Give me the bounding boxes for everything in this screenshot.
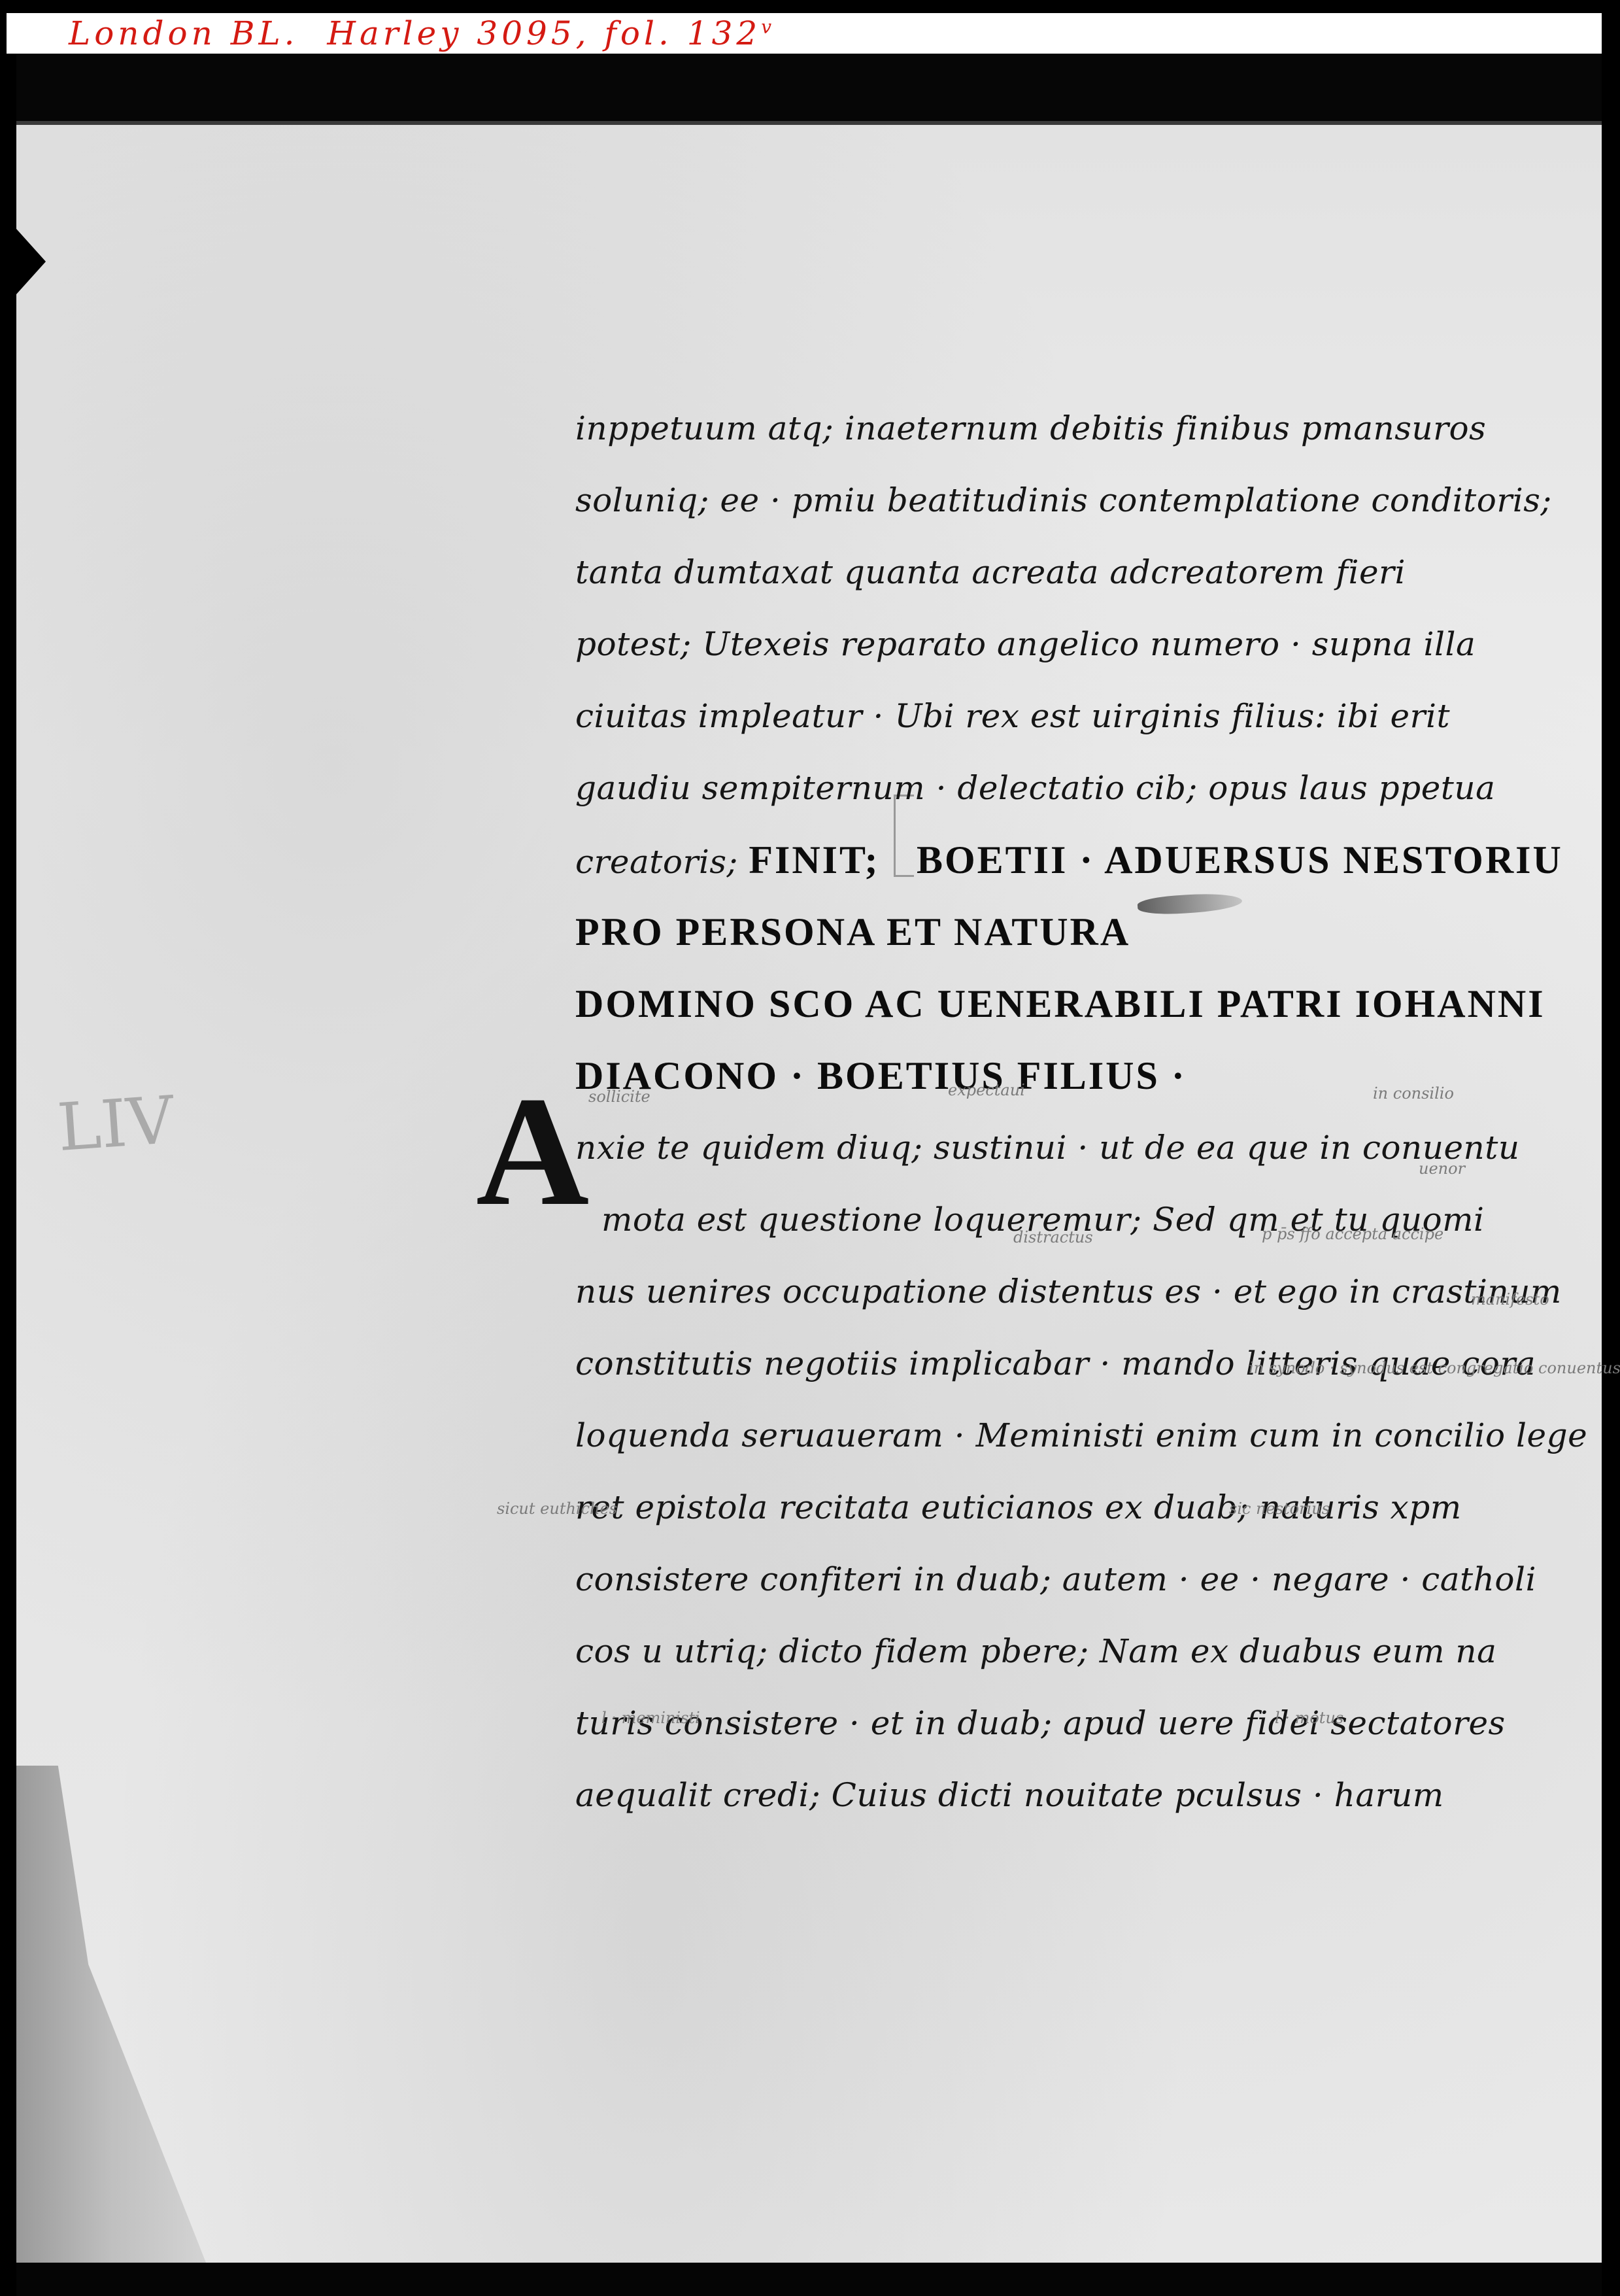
finit-rubric: FINIT; bbox=[749, 838, 879, 882]
gloss: p p̄s ffo accepta accipe bbox=[1262, 1226, 1443, 1242]
gloss: sollicite bbox=[588, 1089, 650, 1105]
gloss: expectaui bbox=[948, 1082, 1025, 1098]
treatise-line: loquenda seruaueram · Meministi enim cum… bbox=[575, 1399, 1523, 1471]
text-line-end: creatoris; bbox=[575, 843, 738, 881]
decorated-initial-a: A bbox=[476, 1072, 589, 1229]
gloss: in consilio bbox=[1373, 1086, 1454, 1101]
gloss: sic nestorius bbox=[1229, 1501, 1330, 1516]
treatise-line: nxie te quidem diuq; sustinui · ut de ea… bbox=[575, 1112, 1523, 1184]
title-rubric-line-2: PRO PERSONA ET NATURA bbox=[575, 896, 1523, 968]
gloss: in synodo · synodus est congregatio conu… bbox=[1249, 1360, 1620, 1376]
text-line: ciuitas impleatur · Ubi rex est uirginis… bbox=[575, 680, 1523, 752]
treatise-line: turis consistere · et in duab; apud uere… bbox=[575, 1687, 1523, 1759]
treatise-line: nus uenires occupatione distentus es · e… bbox=[575, 1256, 1523, 1328]
gloss: sicut euthiches bbox=[497, 1501, 617, 1516]
gloss: uenor bbox=[1419, 1161, 1465, 1176]
text-line: potest; Utexeis reparato angelico numero… bbox=[575, 608, 1523, 680]
treatise-line: cos u utriq; dicto fidem pbere; Nam ex d… bbox=[575, 1615, 1523, 1687]
text-line-explicit: creatoris; FINIT; BOETII · ADUERSUS NEST… bbox=[575, 824, 1523, 896]
top-dark-band bbox=[16, 54, 1602, 124]
gloss: l · meministi bbox=[601, 1710, 700, 1726]
right-dark-edge bbox=[1602, 0, 1620, 2296]
title-rubric-line-1: BOETII · ADUERSUS NESTORIU bbox=[917, 838, 1563, 882]
catalogue-label: London BL. Harley 3095, fol. 132v bbox=[7, 13, 1602, 54]
gloss: l · motus bbox=[1275, 1710, 1343, 1726]
text-line: tanta dumtaxat quanta acreata adcreatore… bbox=[575, 536, 1523, 608]
gloss: manifesto bbox=[1471, 1292, 1549, 1307]
treatise-line: aequalit credi; Cuius dicti nouitate pcu… bbox=[575, 1759, 1523, 1831]
dedication-rubric-line-1: DOMINO SCO AC UENERABILI PATRI IOHANNI bbox=[575, 968, 1523, 1040]
bottom-dark-band bbox=[16, 2263, 1602, 2296]
text-line: inppetuum atq; inaeternum debitis finibu… bbox=[575, 392, 1523, 464]
treatise-line: consistere confiteri in duab; autem · ee… bbox=[575, 1543, 1523, 1615]
text-line: gaudiu sempiternum · delectatio cib; opu… bbox=[575, 752, 1523, 824]
treatise-line: ret epistola recitata euticianos ex duab… bbox=[575, 1471, 1523, 1543]
text-line: soluniq; ee · pmiu beatitudinis contempl… bbox=[575, 464, 1523, 536]
margin-pencil-note: LIV bbox=[55, 1082, 177, 1166]
catalogue-label-text: London BL. Harley 3095, fol. 132v bbox=[69, 14, 775, 52]
gloss: distractus bbox=[1013, 1229, 1093, 1245]
main-text-block: inppetuum atq; inaeternum debitis finibu… bbox=[575, 392, 1523, 1831]
